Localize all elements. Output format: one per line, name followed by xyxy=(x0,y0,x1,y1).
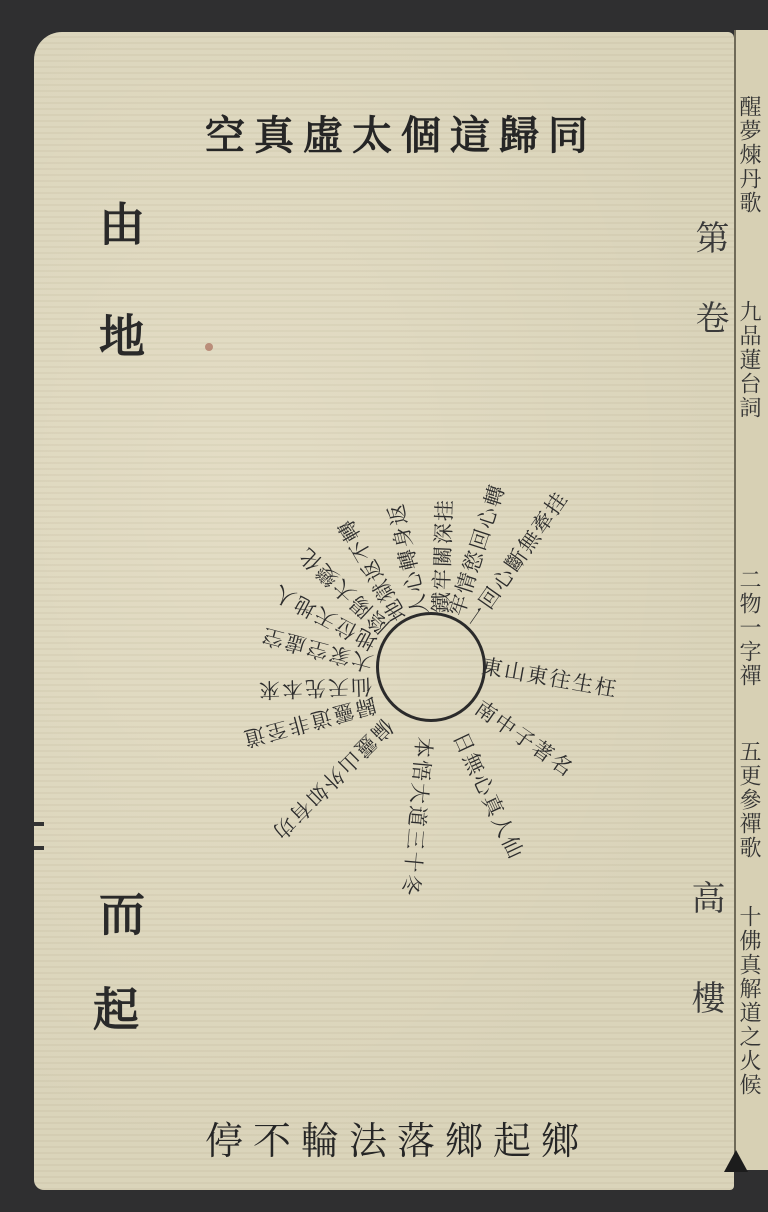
margin-title-3: 二物一字禪 xyxy=(737,568,759,688)
edge-char-1: 第 xyxy=(692,220,726,254)
margin-title-1: 醒夢煉丹歌 xyxy=(737,95,759,215)
page-title: 同歸這個太虛真空 xyxy=(205,104,597,161)
edge-char-2: 卷 xyxy=(692,300,726,334)
bottom-line: 鄉起鄉落法輪不停 xyxy=(205,1110,589,1165)
binding-marks xyxy=(34,822,44,850)
ink-stain xyxy=(205,343,213,351)
center-circle xyxy=(376,612,486,722)
edge-char-4: 樓 xyxy=(688,980,722,1014)
left-char-3: 而 xyxy=(96,890,142,936)
left-char-2: 地 xyxy=(96,312,142,358)
left-char-4: 起 xyxy=(90,985,136,1031)
edge-char-3: 高 xyxy=(688,880,722,914)
margin-title-5: 十佛真解道之火候 xyxy=(737,905,759,1097)
margin-title-4: 五更參禪歌 xyxy=(737,740,759,860)
left-char-1: 由 xyxy=(96,200,142,246)
margin-title-2: 九品蓮台詞 xyxy=(737,300,759,420)
